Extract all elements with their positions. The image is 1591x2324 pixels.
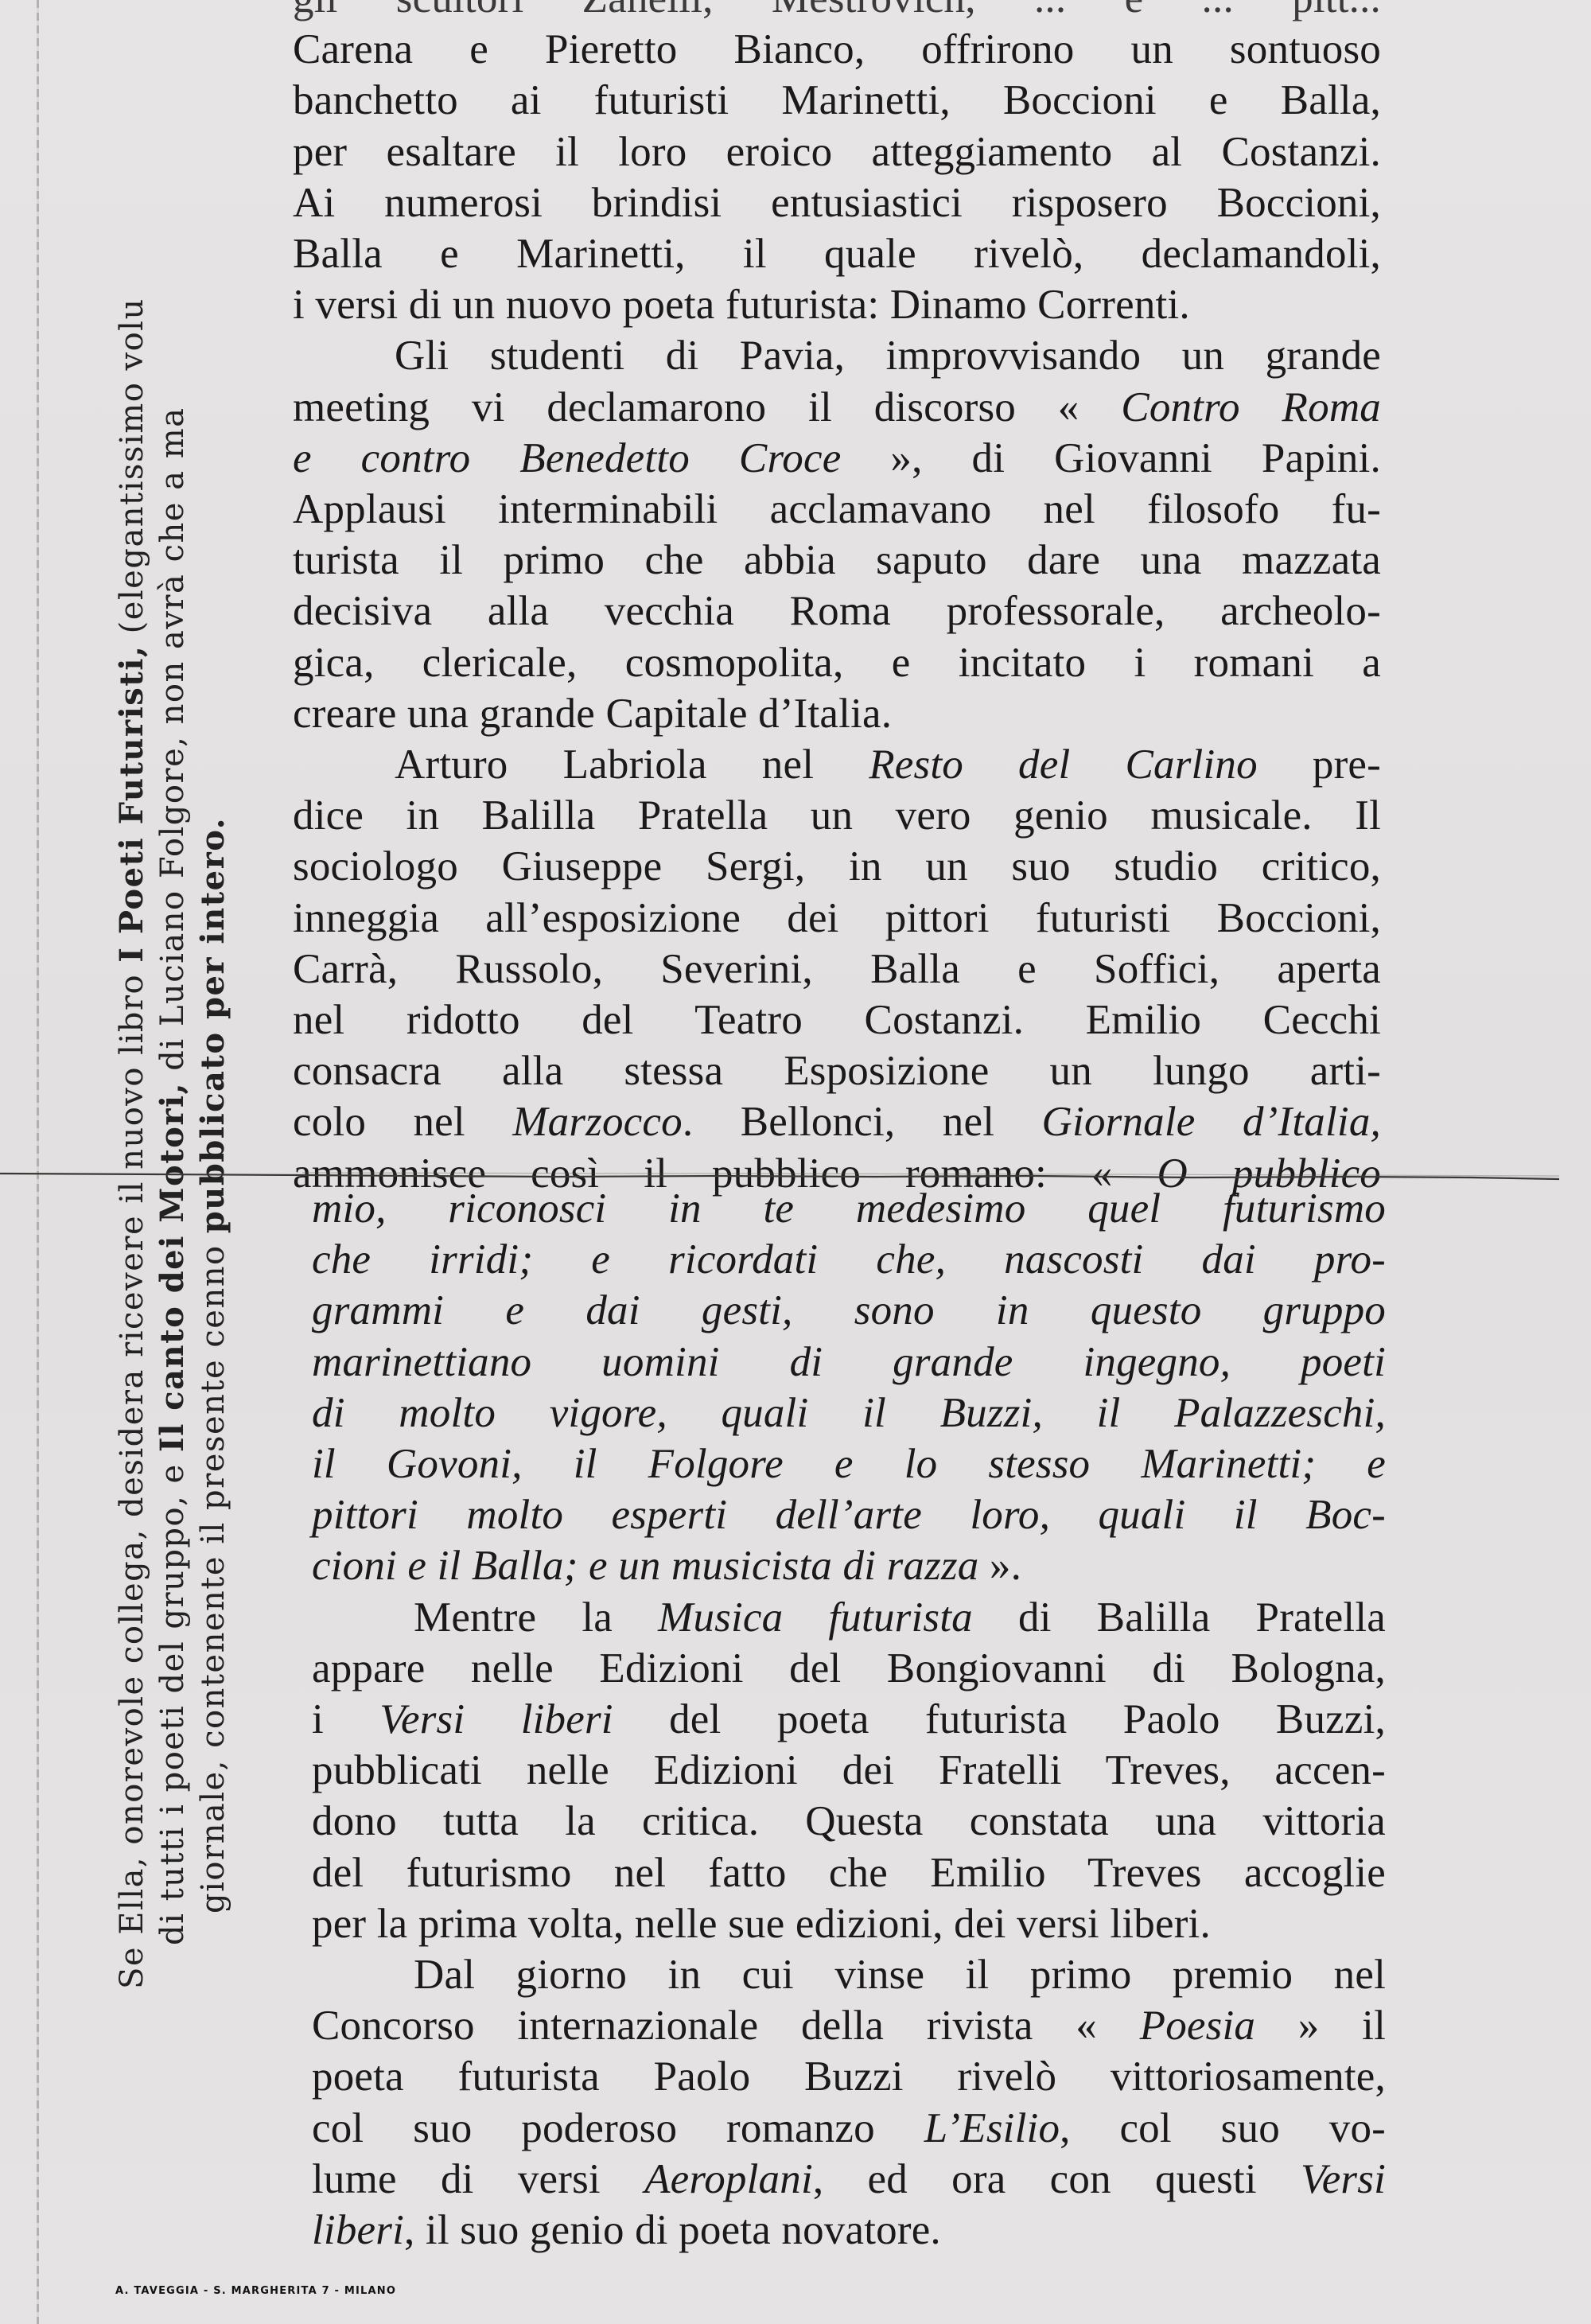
text-span: Mentre la [414, 1594, 658, 1641]
sidebar-text: (elegantissimo volu [114, 298, 150, 644]
text-span: , ed ora con questi [813, 2156, 1301, 2202]
text-line: creare una grande Capitale d’Italia. [293, 688, 1381, 739]
text-span: di Balilla Pratella [973, 1594, 1386, 1641]
text-span: colo nel [293, 1099, 512, 1145]
italic-quote: cioni e il Balla; e un musicista di razz… [312, 1543, 978, 1589]
italic-quote: marinettiano uomini di grande ingegno, p… [312, 1339, 1386, 1385]
sidebar-text: di Luciano Folgore, non avrà che a ma [154, 407, 191, 1081]
italic-quote: pittori molto esperti dell’arte loro, qu… [312, 1492, 1386, 1538]
sidebar-line-2: di tutti i poeti del gruppo, e Il canto … [152, 0, 193, 1989]
text-line: marinettiano uomini di grande ingegno, p… [312, 1337, 1386, 1388]
text-span: , il suo genio di poeta novatore. [404, 2207, 941, 2253]
italic-title: Resto del Carlino [869, 742, 1258, 788]
paper-crease [0, 1170, 1591, 1181]
text-line: turista il primo che abbia saputo dare u… [293, 535, 1381, 586]
text-span: lume di versi [312, 2156, 644, 2202]
text-line: Carena e Pieretto Bianco, offrirono un s… [293, 24, 1381, 75]
text-line: dice in Balilla Pratella un vero genio m… [293, 790, 1381, 841]
printer-imprint: A. TAVEGGIA - S. MARGHERITA 7 - MILANO [115, 2285, 396, 2297]
book-title-canto-dei-motori: Il canto dei Motori, [154, 1082, 191, 1452]
paragraph-pavia: Gli studenti di Pavia, improvvisando un … [293, 330, 1381, 739]
text-span: Concorso internazionale della rivista « [312, 2003, 1140, 2049]
italic-quote: grammi e dai gesti, sono in questo grupp… [312, 1287, 1386, 1333]
text-line: Balla e Marinetti, il quale rivelò, decl… [293, 228, 1381, 279]
italic-title: L’Esilio [924, 2105, 1060, 2151]
sidebar-text: giornale, contenente il presente cenno [195, 1233, 231, 1913]
sidebar-line-1: Se Ella, onorevole collega, desidera ric… [111, 0, 152, 1989]
paragraph-musica-futurista: Mentre la Musica futurista di Balilla Pr… [312, 1592, 1386, 1949]
text-line: di molto vigore, quali il Buzzi, il Pala… [312, 1388, 1386, 1438]
text-line: Carrà, Russolo, Severini, Balla e Soffic… [293, 944, 1381, 995]
italic-quote: il Govoni, il Folgore e lo stesso Marine… [312, 1441, 1386, 1487]
quote-bellonci: mio, riconosci in te medesimo quel futur… [312, 1183, 1386, 1592]
italic-title: Marzocco [512, 1099, 683, 1145]
text-span: ». [978, 1543, 1021, 1589]
sidebar-notice: Se Ella, onorevole collega, desidera ric… [111, 0, 233, 1989]
text-line: pubblicati nelle Edizioni dei Fratelli T… [312, 1745, 1386, 1796]
italic-title: Giornale d’Italia, [1042, 1099, 1381, 1145]
text-line: gica, clericale, cosmopolita, e incitato… [293, 637, 1381, 688]
text-line: col suo poderoso romanzo L’Esilio, col s… [312, 2103, 1386, 2154]
text-line: colo nel Marzocco. Bellonci, nel Giornal… [293, 1096, 1381, 1147]
text-line: per la prima volta, nelle sue edizioni, … [312, 1898, 1386, 1949]
text-span: del poeta futurista Paolo Buzzi, [613, 1696, 1386, 1742]
italic-title: liberi [312, 2207, 404, 2253]
italic-title: Poesia [1140, 2003, 1255, 2049]
text-span: , col suo vo- [1060, 2105, 1386, 2151]
article-column-upper: gli scultori Zanelli, Mestrovich, ... e … [293, 0, 1381, 1199]
text-line: dono tutta la critica. Questa constata u… [312, 1796, 1386, 1847]
text-line: del futurismo nel fatto che Emilio Treve… [312, 1847, 1386, 1898]
text-line: Applausi interminabili acclamavano nel f… [293, 484, 1381, 535]
italic-quote: di molto vigore, quali il Buzzi, il Pala… [312, 1390, 1386, 1436]
sidebar-line-3: giornale, contenente il presente cenno p… [193, 0, 233, 1989]
text-span: », di Giovanni Papini. [841, 435, 1381, 481]
italic-title: Contro Roma [1121, 384, 1381, 430]
book-title-poeti-futuristi: I Poeti Futuristi, [113, 645, 150, 963]
partial-top-line: gli scultori Zanelli, Mestrovich, ... e … [293, 0, 1381, 24]
text-line: Mentre la Musica futurista di Balilla Pr… [312, 1592, 1386, 1643]
paragraph-banchetto: Carena e Pieretto Bianco, offrirono un s… [293, 24, 1381, 330]
text-span: col suo poderoso romanzo [312, 2105, 924, 2151]
sidebar-text: di tutti i poeti del gruppo, e [154, 1452, 191, 1945]
text-span: Arturo Labriola nel [395, 742, 869, 788]
text-line: Gli studenti di Pavia, improvvisando un … [293, 330, 1381, 381]
text-span: meeting vi declamarono il discorso « [293, 384, 1121, 430]
text-line: Ai numerosi brindisi entusiastici rispos… [293, 177, 1381, 228]
text-line: meeting vi declamarono il discorso « Con… [293, 382, 1381, 433]
text-line: lume di versi Aeroplani, ed ora con ques… [312, 2154, 1386, 2205]
italic-title: e contro Benedetto Croce [293, 435, 841, 481]
vertical-fold-line [37, 0, 39, 2324]
italic-quote: mio, riconosci in te medesimo quel futur… [312, 1185, 1386, 1232]
italic-title: Aeroplani [644, 2156, 813, 2202]
italic-title: Versi liberi [379, 1696, 613, 1742]
text-span: pre- [1258, 742, 1381, 788]
text-line: Dal giorno in cui vinse il primo premio … [312, 1949, 1386, 2000]
text-line: i Versi liberi del poeta futurista Paolo… [312, 1694, 1386, 1745]
text-line: decisiva alla vecchia Roma professorale,… [293, 586, 1381, 636]
text-line: cioni e il Balla; e un musicista di razz… [312, 1540, 1386, 1591]
text-line: inneggia all’esposizione dei pittori fut… [293, 893, 1381, 944]
italic-title: Musica futurista [658, 1594, 973, 1641]
text-line: liberi, il suo genio di poeta novatore. [312, 2205, 1386, 2256]
paragraph-labriola: Arturo Labriola nel Resto del Carlino pr… [293, 739, 1381, 1199]
italic-quote: che irridi; e ricordati che, nascosti da… [312, 1236, 1386, 1283]
text-line: che irridi; e ricordati che, nascosti da… [312, 1234, 1386, 1285]
text-line: pittori molto esperti dell’arte loro, qu… [312, 1489, 1386, 1540]
text-line: i versi di un nuovo poeta futurista: Din… [293, 279, 1381, 330]
text-span: » il [1255, 2003, 1386, 2049]
text-line: Concorso internazionale della rivista « … [312, 2000, 1386, 2051]
text-line: appare nelle Edizioni del Bongiovanni di… [312, 1643, 1386, 1694]
text-line: grammi e dai gesti, sono in questo grupp… [312, 1285, 1386, 1336]
text-line: il Govoni, il Folgore e lo stesso Marine… [312, 1438, 1386, 1489]
text-line: sociologo Giuseppe Sergi, in un suo stud… [293, 841, 1381, 892]
text-line: mio, riconosci in te medesimo quel futur… [312, 1183, 1386, 1234]
text-span: i [312, 1696, 379, 1742]
text-line: banchetto ai futuristi Marinetti, Boccio… [293, 75, 1381, 126]
paragraph-buzzi: Dal giorno in cui vinse il primo premio … [312, 1949, 1386, 2256]
text-span: . Bellonci, nel [683, 1099, 1042, 1145]
sidebar-text: Se Ella, onorevole collega, desidera ric… [114, 963, 150, 1989]
text-line: poeta futurista Paolo Buzzi rivelò vitto… [312, 2051, 1386, 2102]
italic-title: Versi [1301, 2156, 1386, 2202]
article-column-lower: mio, riconosci in te medesimo quel futur… [312, 1183, 1386, 2256]
text-line: Arturo Labriola nel Resto del Carlino pr… [293, 739, 1381, 790]
text-line: per esaltare il loro eroico atteggiament… [293, 127, 1381, 177]
text-line: e contro Benedetto Croce », di Giovanni … [293, 433, 1381, 484]
text-line: nel ridotto del Teatro Costanzi. Emilio … [293, 995, 1381, 1045]
text-line: consacra alla stessa Esposizione un lung… [293, 1045, 1381, 1096]
